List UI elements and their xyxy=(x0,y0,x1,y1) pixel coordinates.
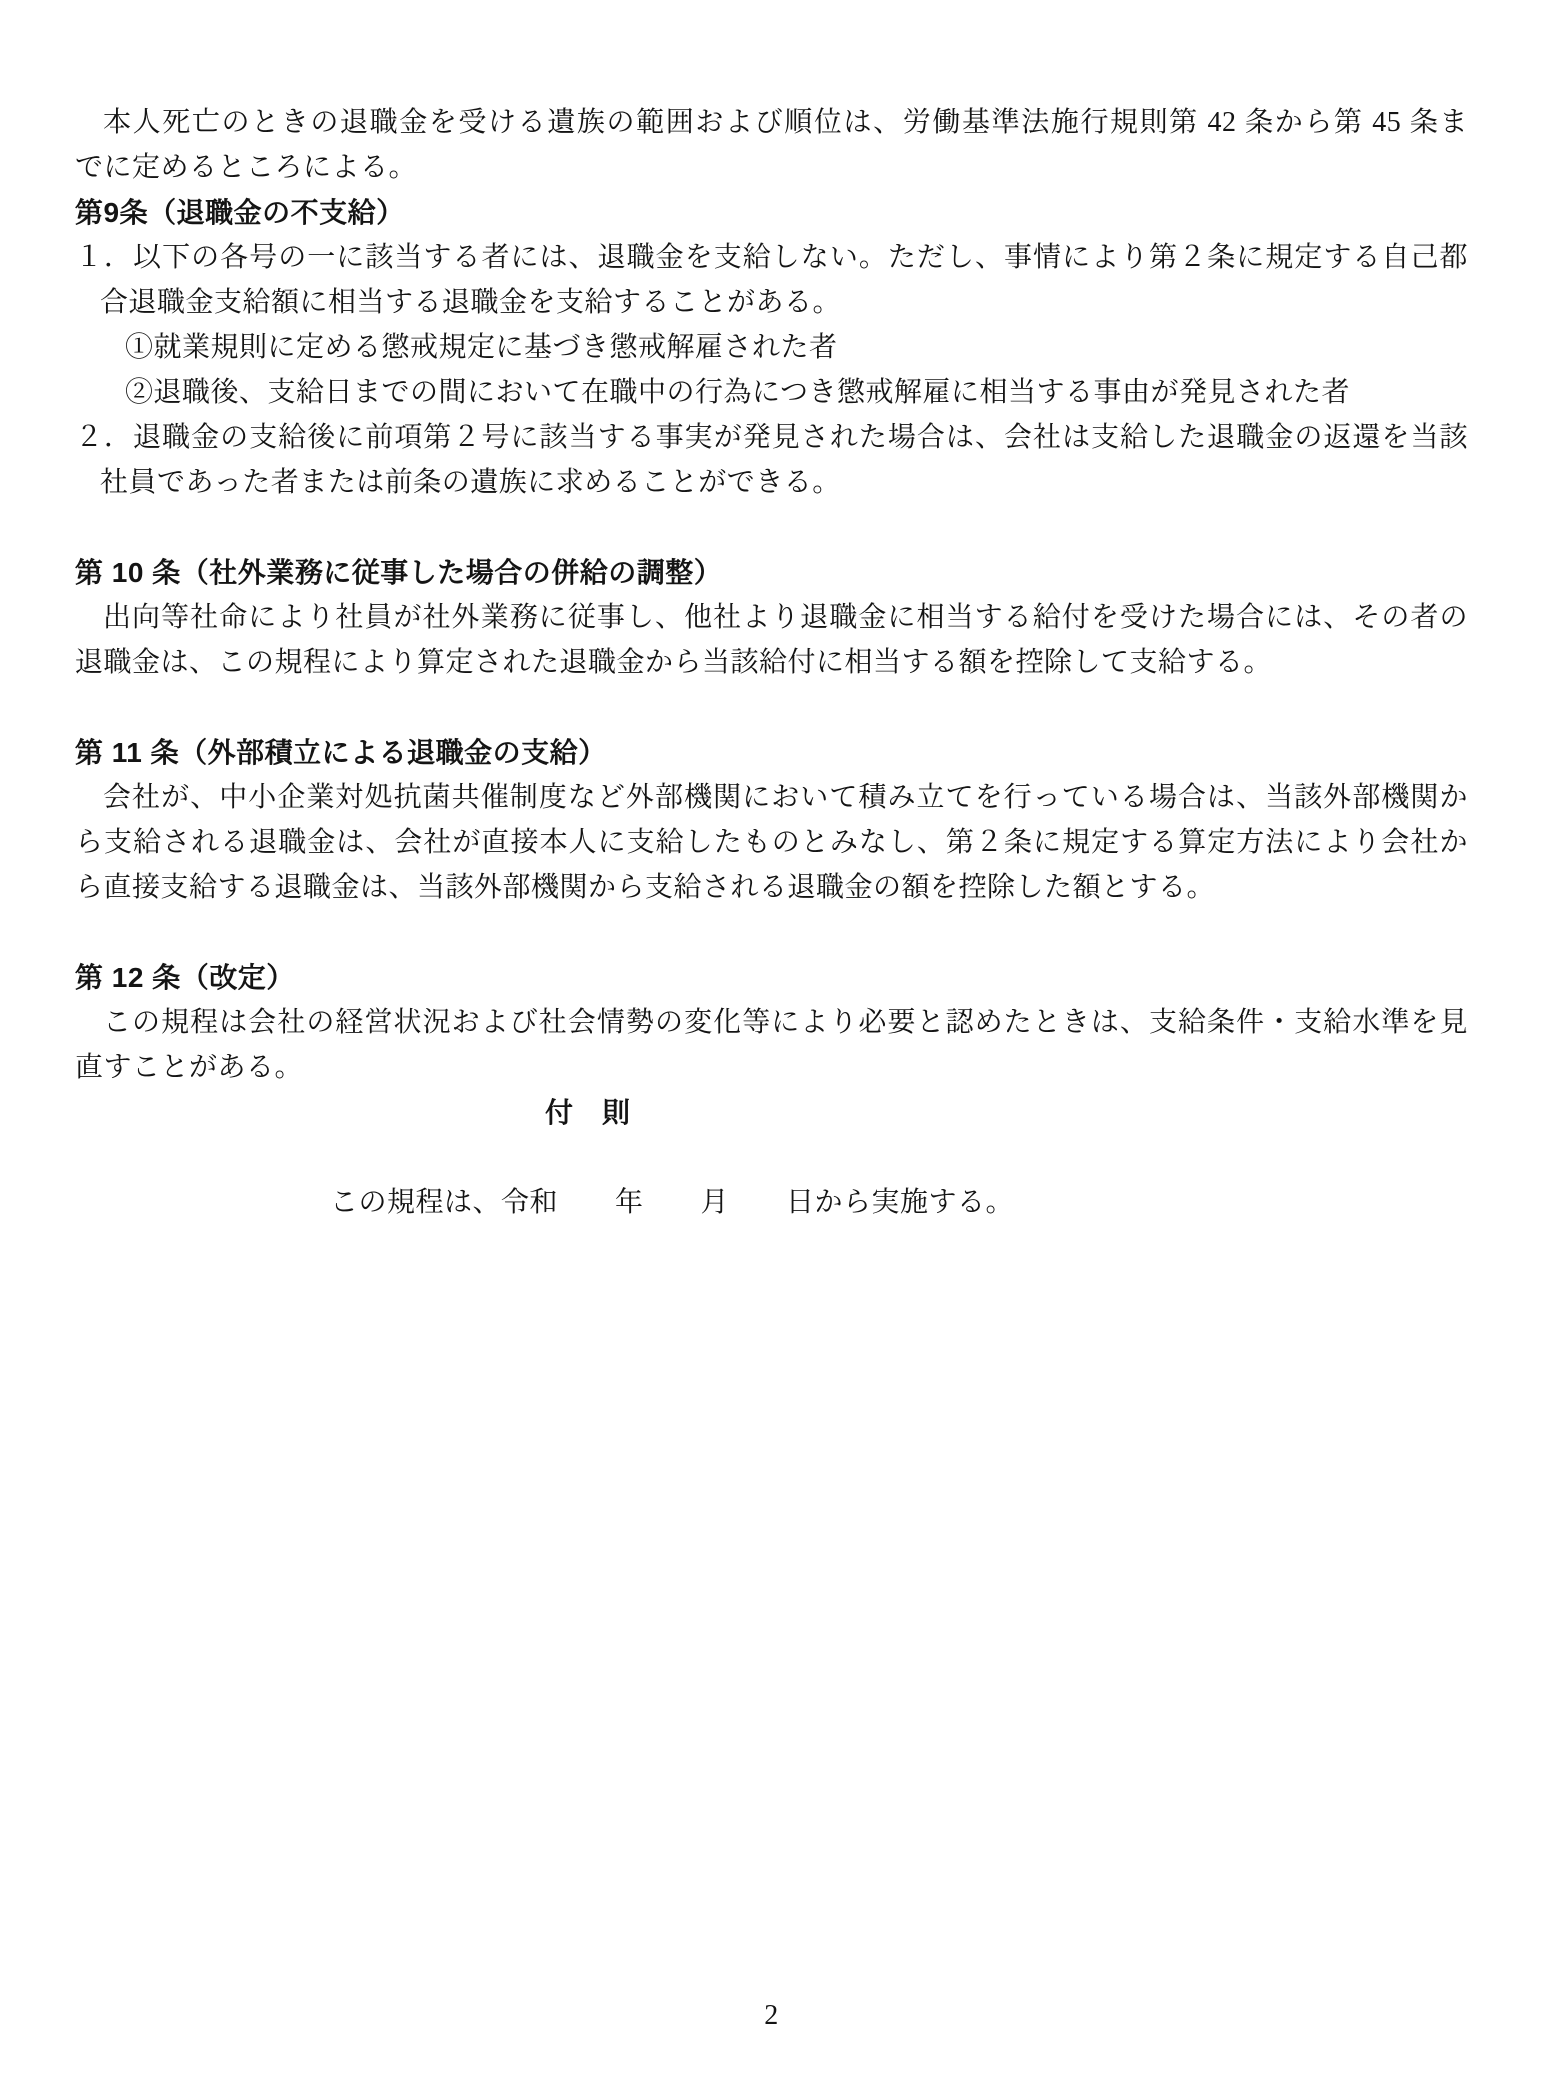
article-9-heading: 第9条（退職金の不支給） xyxy=(75,190,1468,235)
supplement-heading: 付 則 xyxy=(75,1090,1468,1135)
text-line: ら直接支給する退職金は、当該外部機関から支給される退職金の額を控除した額とする。 xyxy=(75,865,1468,910)
text-line: 本人死亡のときの退職金を受ける遺族の範囲および順位は、労働基準法施行規則第 42… xyxy=(75,100,1468,145)
article-10-heading: 第 10 条（社外業務に従事した場合の併給の調整） xyxy=(75,550,1468,595)
supplement: 付 則 この規程は、令和 年 月 日から実施する。 xyxy=(75,1090,1468,1225)
text-line: 退職金は、この規程により算定された退職金から当該給付に相当する額を控除して支給す… xyxy=(75,640,1468,685)
supplement-body-line: この規程は、令和 年 月 日から実施する。 xyxy=(75,1180,1468,1225)
text-line: ２．退職金の支給後に前項第２号に該当する事実が発見された場合は、会社は支給した退… xyxy=(75,415,1468,460)
article-11-heading: 第 11 条（外部積立による退職金の支給） xyxy=(75,730,1468,775)
text-line: この規程は会社の経営状況および社会情勢の変化等により必要と認めたときは、支給条件… xyxy=(75,1000,1468,1045)
text-line: でに定めるところによる。 xyxy=(75,145,1468,190)
text-line: １．以下の各号の一に該当する者には、退職金を支給しない。ただし、事情により第２条… xyxy=(75,235,1468,280)
text-line: 合退職金支給額に相当する退職金を支給することがある。 xyxy=(75,280,1468,325)
text-line: ①就業規則に定める懲戒規定に基づき懲戒解雇された者 xyxy=(75,325,1468,370)
intro-paragraph: 本人死亡のときの退職金を受ける遺族の範囲および順位は、労働基準法施行規則第 42… xyxy=(75,100,1468,190)
article-11: 第 11 条（外部積立による退職金の支給） 会社が、中小企業対処抗菌共催制度など… xyxy=(75,730,1468,910)
text-line: 出向等社命により社員が社外業務に従事し、他社より退職金に相当する給付を受けた場合… xyxy=(75,595,1468,640)
article-12-heading: 第 12 条（改定） xyxy=(75,955,1468,1000)
article-12: 第 12 条（改定） この規程は会社の経営状況および社会情勢の変化等により必要と… xyxy=(75,955,1468,1090)
text-line: 社員であった者または前条の遺族に求めることができる。 xyxy=(75,460,1468,505)
page-number: 2 xyxy=(0,1993,1543,2038)
text-line: ら支給される退職金は、会社が直接本人に支給したものとみなし、第２条に規定する算定… xyxy=(75,820,1468,865)
text-line: ②退職後、支給日までの間において在職中の行為につき懲戒解雇に相当する事由が発見さ… xyxy=(75,370,1468,415)
text-line: 直すことがある。 xyxy=(75,1045,1468,1090)
article-9: 第9条（退職金の不支給） １．以下の各号の一に該当する者には、退職金を支給しない… xyxy=(75,190,1468,505)
article-10: 第 10 条（社外業務に従事した場合の併給の調整） 出向等社命により社員が社外業… xyxy=(75,550,1468,685)
document-page: 本人死亡のときの退職金を受ける遺族の範囲および順位は、労働基準法施行規則第 42… xyxy=(0,0,1543,2087)
text-line: 会社が、中小企業対処抗菌共催制度など外部機関において積み立てを行っている場合は、… xyxy=(75,775,1468,820)
